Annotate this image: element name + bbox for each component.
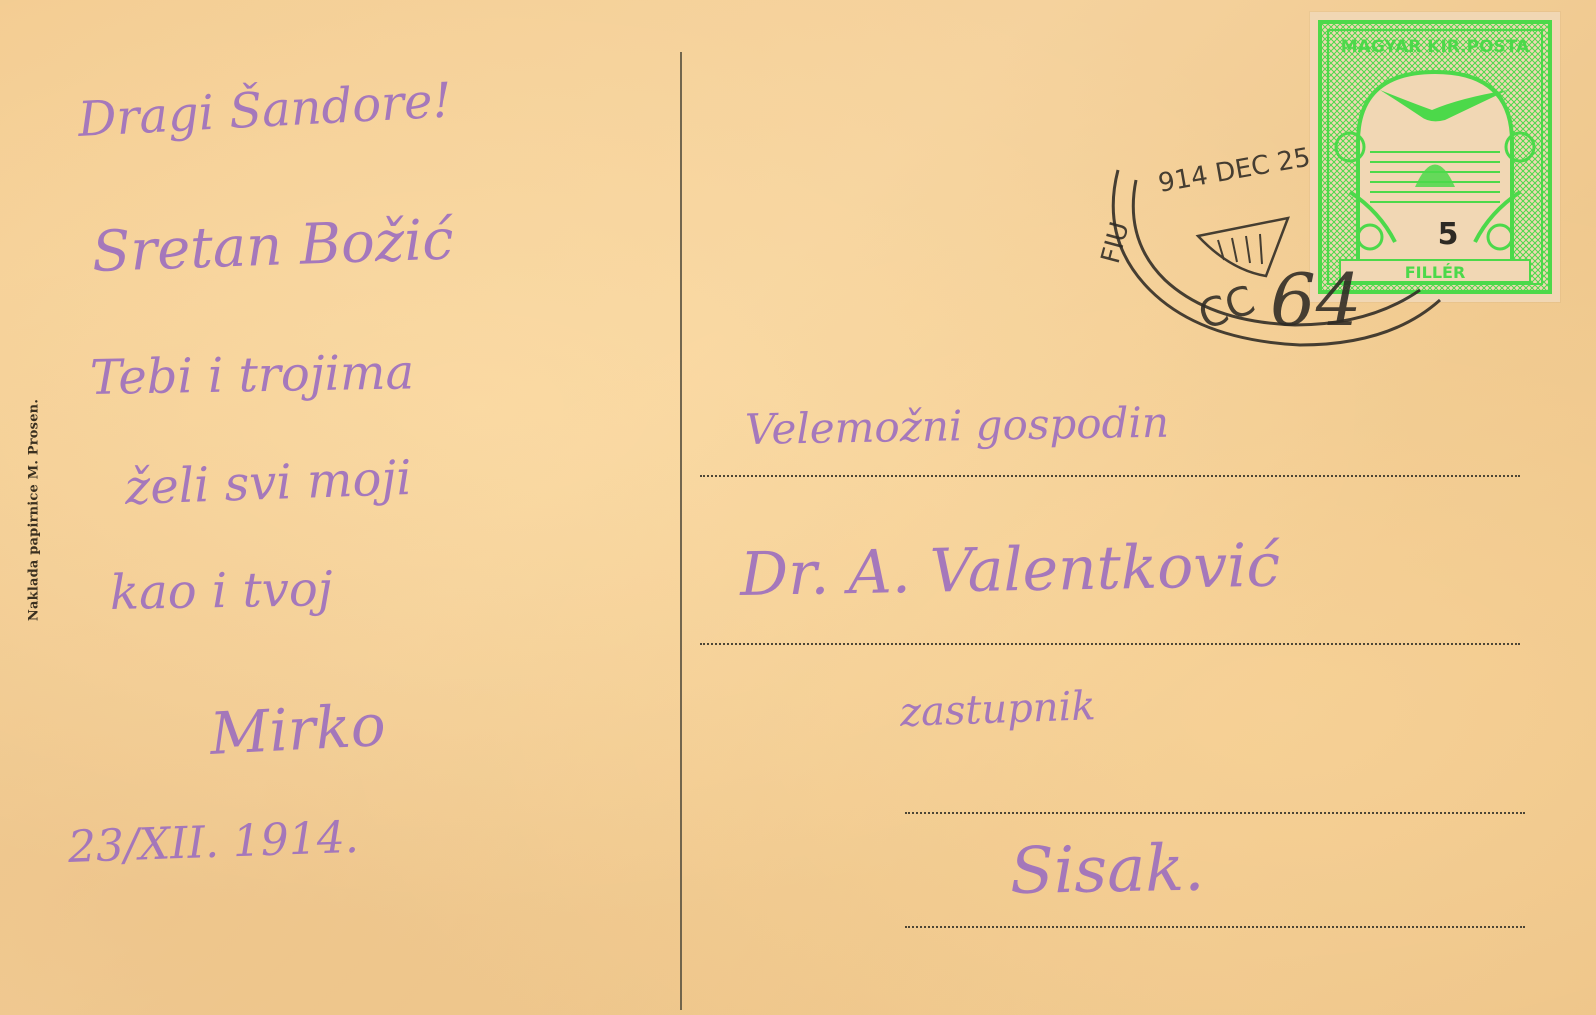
address-dotted-line xyxy=(700,643,1520,645)
svg-text:MAGYAR KIR.POSTA: MAGYAR KIR.POSTA xyxy=(1341,37,1530,57)
svg-text:64: 64 xyxy=(1270,258,1362,342)
message-greeting: Dragi Šandore! xyxy=(77,72,453,148)
address-dotted-line xyxy=(700,475,1520,477)
address-dotted-line xyxy=(905,926,1525,928)
message-line: želi svi moji xyxy=(124,450,412,516)
svg-text:FIU: FIU xyxy=(1096,219,1136,267)
svg-text:CC: CC xyxy=(1193,277,1261,339)
message-line: Sretan Božić xyxy=(91,207,455,285)
message-line: kao i tvoj xyxy=(110,561,334,621)
center-divider-line xyxy=(680,52,682,1010)
address-dotted-line xyxy=(905,812,1525,814)
publisher-imprint: Naklada papirnice M. Prosen. xyxy=(27,399,42,621)
address-title: zastupnik xyxy=(899,683,1096,736)
postmark-cancellation: 914 DEC 25 FIU CC 64 xyxy=(1090,100,1450,370)
address-town: Sisak. xyxy=(1009,832,1205,909)
message-line: Tebi i trojima xyxy=(90,344,415,406)
message-date: 23/XII. 1914. xyxy=(67,812,359,873)
svg-text:914 DEC 25: 914 DEC 25 xyxy=(1156,143,1313,199)
address-salutation: Velemožni gospodin xyxy=(745,398,1170,454)
address-recipient-name: Dr. A. Valentković xyxy=(739,531,1280,610)
message-signature: Mirko xyxy=(208,691,387,768)
postcard: Naklada papirnice M. Prosen. Dragi Šando… xyxy=(0,0,1596,1015)
